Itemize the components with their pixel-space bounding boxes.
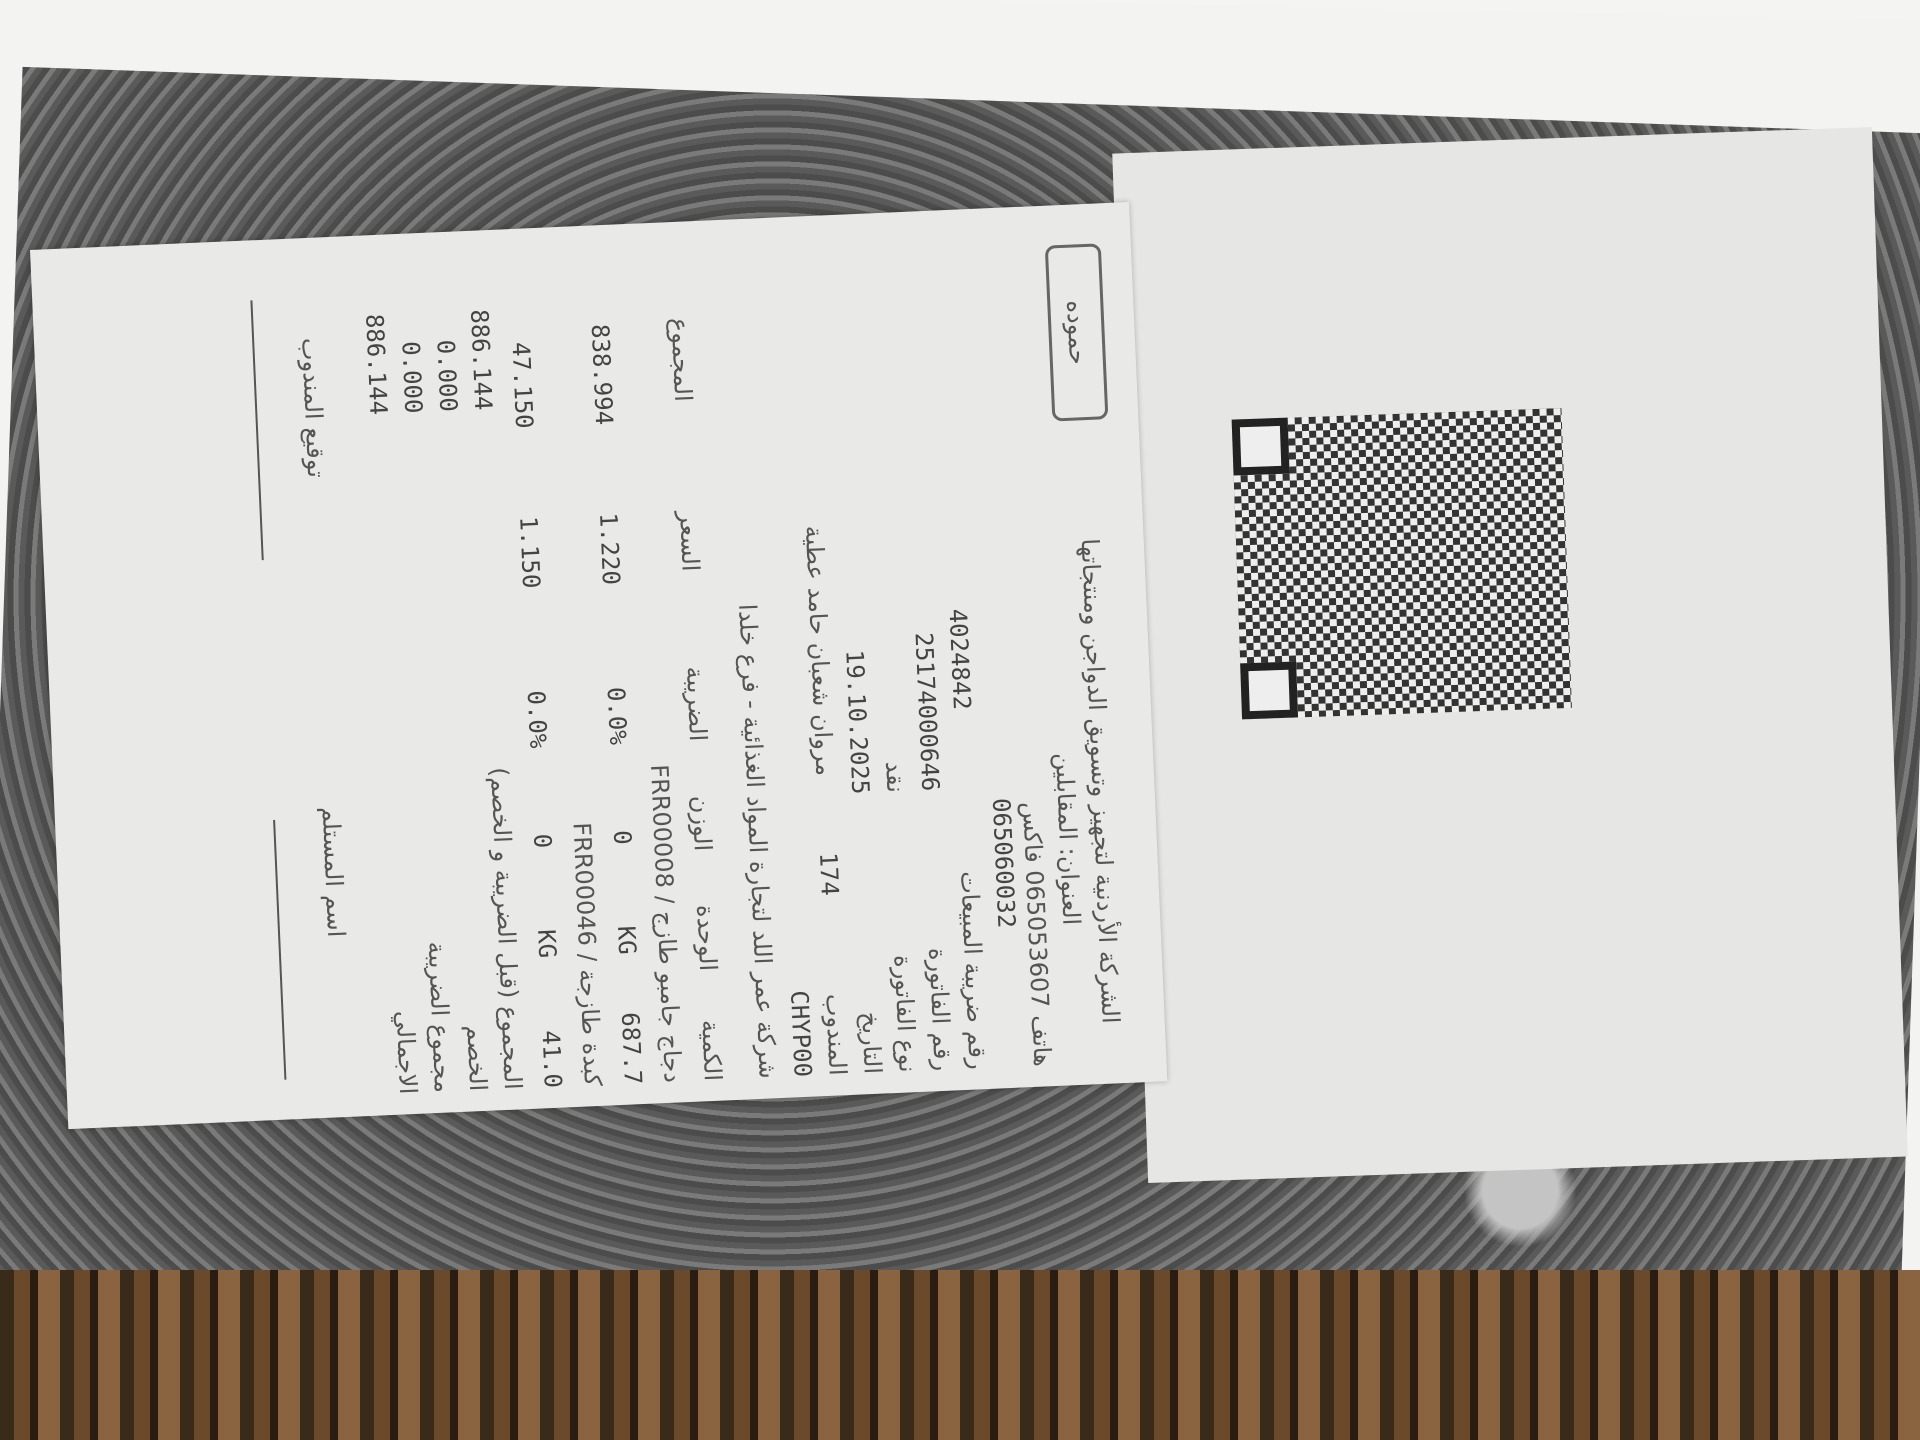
fax: 065060032 — [987, 798, 1021, 929]
item-2-unit: KG — [532, 929, 561, 959]
item-1-name: دجاج جامبو طازج / FRR00008 — [645, 764, 687, 1084]
item-2-price: 1.150 — [514, 516, 545, 589]
invoice-number: 25174000646 — [910, 632, 945, 792]
address: العنوان: المقابلين — [1050, 752, 1086, 926]
col-unit: الوحدة — [691, 904, 722, 972]
col-tax: الضريبة — [681, 666, 712, 742]
item-2-name: كبدة طازجة / FRR00046 — [568, 822, 607, 1087]
item-2-tax: 0.0% — [522, 690, 552, 749]
wood-surface — [0, 1270, 1920, 1440]
rep-number: 174 — [814, 852, 844, 897]
item-1-price: 1.220 — [594, 512, 625, 585]
rep-name: مروان شعبان حامد عطية — [800, 525, 839, 776]
item-1-tax: 0.0% — [602, 686, 632, 745]
date-label: التاريخ — [856, 1011, 887, 1074]
invoice-type-label: نوع الفاتورة — [889, 954, 922, 1073]
customer-name: شركة عمر اللد لتجارة المواد الغذائية - ف… — [733, 603, 782, 1079]
tax-total: 0.000 — [396, 341, 427, 414]
receiver-name-label: اسم المستلم — [317, 806, 351, 938]
col-weight: الوزن — [686, 795, 716, 852]
customer-code: CHYP00 — [785, 990, 817, 1078]
subtotal-label: المجموع (قبل الضريبة و الخصم) — [485, 767, 527, 1091]
company-logo: حموده — [1045, 243, 1109, 421]
rep-signature-label: توقيع المندوب — [296, 337, 330, 478]
tax-number: 4024842 — [944, 608, 976, 710]
col-qty: الكمية — [696, 1019, 727, 1081]
discount-label: الخصم — [461, 1024, 492, 1091]
tax-number-label: رقم ضريبة المبيعات — [955, 870, 992, 1070]
item-2-qty: 41.0 — [537, 1030, 567, 1089]
grand-total: 886.144 — [360, 313, 392, 415]
tax-total-label: مجموع الضريبة — [423, 941, 458, 1093]
invoice-number-label: رقم الفاتورة — [923, 947, 956, 1071]
company-name: الشركة الأردنية لتجهيز وتسويق الدواجن وم… — [1076, 538, 1125, 1024]
rep-label: المندوب — [820, 993, 852, 1076]
col-total: المجموع — [666, 317, 698, 402]
item-1-unit: KG — [612, 925, 641, 955]
item-2-weight: 0 — [528, 833, 557, 849]
discount: 0.000 — [431, 339, 462, 412]
item-1-qty: 687.7 — [616, 1012, 647, 1085]
receiver-signature-line — [273, 820, 286, 1080]
qr-code — [1232, 408, 1572, 719]
lower-page: توقيع المستلم الشركة الأردنية لتجهيز وتس… — [1112, 127, 1907, 1183]
item-2-total: 47.150 — [506, 341, 538, 429]
rep-signature-line — [250, 300, 263, 560]
item-1-weight: 0 — [608, 830, 637, 846]
phone-line: هاتف 065053607 فاكس — [1017, 801, 1057, 1067]
date: 19.10.2025 — [840, 649, 874, 795]
item-1-total: 838.994 — [586, 323, 618, 425]
invoice-type: نقد — [880, 761, 909, 794]
subtotal: 886.144 — [465, 309, 497, 411]
grand-total-label: الاجمالي — [391, 1010, 423, 1095]
col-price: السعر — [674, 511, 705, 572]
receipt: حموده الشركة الأردنية لتجهيز وتسويق الدو… — [30, 202, 1167, 1129]
